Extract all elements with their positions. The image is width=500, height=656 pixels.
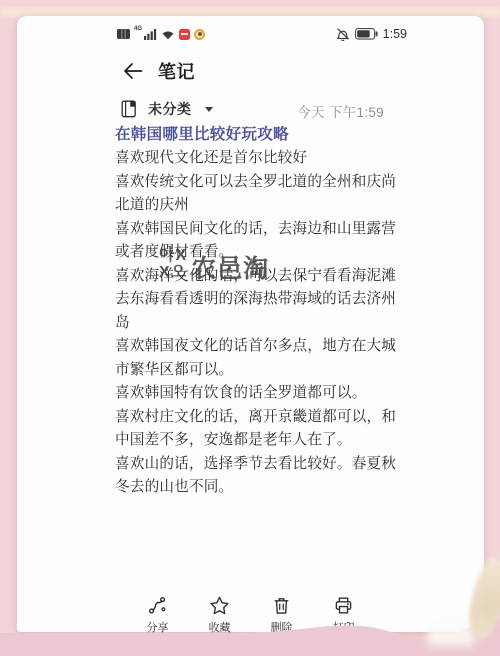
phone-screenshot-card: 4G [17, 16, 484, 632]
page-title: 笔记 [158, 58, 195, 84]
note-datetime: 今天 下午1:59 [297, 101, 384, 121]
leaf-shadow-decoration [428, 626, 474, 646]
status-bar: 4G [17, 26, 484, 42]
note-title[interactable]: 在韩国哪里比较好玩攻略 [115, 123, 415, 147]
network-type-label: 4G [134, 26, 142, 32]
category-label: 未分类 [148, 99, 192, 119]
status-bar-left: 4G [117, 26, 205, 42]
hd-volte-icon [117, 29, 130, 39]
back-arrow-icon [122, 61, 143, 81]
app-header: 笔记 [121, 58, 195, 84]
mute-bell-icon [336, 27, 350, 41]
status-bar-right: 1:59 [336, 26, 407, 42]
pink-wave-border [0, 600, 500, 656]
signal-strength-icon [144, 29, 157, 40]
eye-comfort-icon [194, 29, 205, 40]
battery-icon [355, 28, 378, 40]
chevron-down-icon [205, 107, 213, 112]
notebook-icon [121, 100, 137, 118]
status-time: 1:59 [383, 27, 407, 41]
back-button[interactable] [121, 60, 143, 82]
wifi-icon [161, 28, 175, 40]
category-selector[interactable]: 未分类 [121, 99, 213, 119]
note-body[interactable]: 喜欢现代文化还是首尔比较好 喜欢传统文化可以去全罗北道的全州和庆尚 北道的庆州 … [115, 147, 415, 500]
red-app-notification-icon [179, 29, 190, 40]
